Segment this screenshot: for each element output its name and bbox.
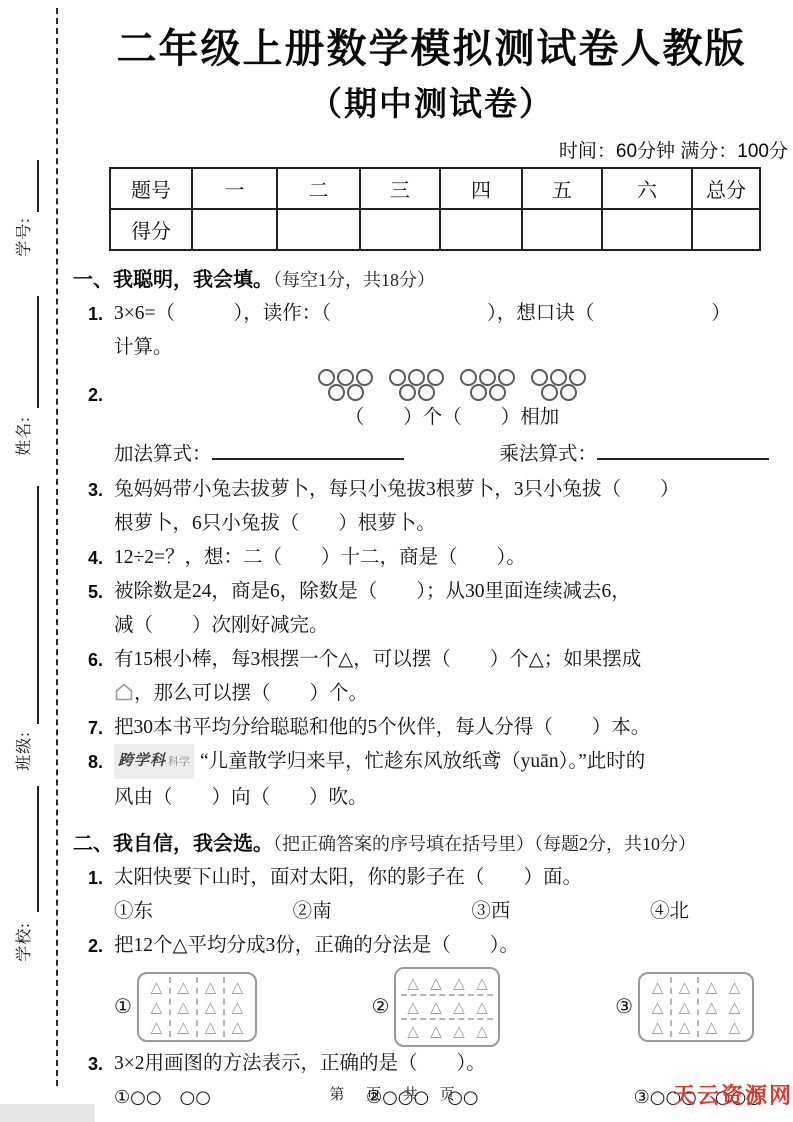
- cross-subject-badge: 跨学科科学: [114, 744, 194, 779]
- section1-title: 一、我聪明，我会填。: [73, 269, 273, 291]
- question-s1-2: 2. （ ）个（ ）相加 加法算式： 乘法算式：: [73, 365, 790, 473]
- option-3: ③西: [471, 895, 510, 929]
- circle-group: [389, 369, 444, 401]
- main-content: 二年级上册数学模拟测试卷人教版 （期中测试卷） 时间：60分钟 满分：100分 …: [73, 14, 790, 1115]
- section1-heading: 一、我聪明，我会填。（每空1分，共18分）: [73, 263, 790, 297]
- question-number: 2.: [88, 365, 114, 425]
- question-text: 把30本书平均分给聪聪和他的5个伙伴，每人分得（ ）本。: [114, 711, 790, 745]
- class-label: 班级:: [11, 716, 31, 786]
- multiplication-label: 乘法算式：: [499, 444, 597, 465]
- question-text: 风由（ ）向（ ）吹。: [114, 781, 790, 815]
- score-blank-cell: [360, 209, 440, 250]
- section2-note: （把正确答案的序号填在括号里）（每题2分，共10分）: [273, 834, 696, 854]
- triangle-shape: △: [700, 1017, 723, 1037]
- page-title: 二年级上册数学模拟测试卷人教版: [73, 24, 790, 74]
- figure-column-group: △△△: [225, 977, 250, 1037]
- circle-group: [460, 369, 515, 401]
- question-text: 减（ ）次刚好减完。: [114, 609, 790, 643]
- question-text-after-shape: ，那么可以摆（ ）个。: [134, 683, 368, 704]
- watermark: 天云资源网: [673, 1079, 793, 1110]
- score-table-header-cell: 二: [277, 168, 360, 209]
- page-subtitle: （期中测试卷）: [73, 82, 790, 126]
- question-text: 太阳快要下山时，面对太阳，你的影子在（ ）面。: [114, 861, 790, 895]
- triangle-shape: △: [172, 1017, 195, 1037]
- question-text: 3×6=（ ），读作：（ ），想口诀（ ）: [114, 297, 790, 331]
- student-id-write-line: [37, 160, 39, 212]
- multiplication-blank-line: [597, 438, 769, 460]
- score-blank-cell: [192, 209, 277, 250]
- triangle-shape: △: [145, 1017, 168, 1037]
- figure-column-group: △△△: [144, 977, 171, 1037]
- pentagon-house-icon: [115, 683, 133, 701]
- question-s1-1: 1. 3×6=（ ），读作：（ ），想口诀（ ） 计算。: [73, 297, 790, 365]
- question-s1-8: 8. 跨学科科学“儿童散学归来早，忙趁东风放纸鸢（yuān）。”此时的 风由（ …: [73, 745, 790, 815]
- badge-sub-text: 科学: [168, 745, 190, 779]
- equation-row: 加法算式： 乘法算式：: [114, 437, 769, 473]
- division-figure-2: ②△△△△△△△△△△△△: [372, 967, 501, 1047]
- scan-artifact: [0, 1104, 95, 1122]
- figure-column-group: △△△: [171, 977, 198, 1037]
- figure-label: ①: [114, 990, 132, 1024]
- student-id-label: 学号:: [11, 202, 31, 272]
- question-text: 跨学科科学“儿童散学归来早，忙趁东风放纸鸢（yuān）。”此时的: [114, 745, 790, 781]
- question-text: ，那么可以摆（ ）个。: [114, 677, 790, 711]
- triangle-shape: △: [673, 1017, 696, 1037]
- question-text: 12÷2=？，想：二（ ）十二，商是（ ）。: [114, 541, 790, 575]
- division-figure-3: ③△△△△△△△△△△△△: [615, 972, 754, 1042]
- figure-box: △△△△△△△△△△△△: [137, 972, 257, 1042]
- count-line: （ ）个（ ）相加: [114, 401, 790, 435]
- figure-column-group: △△△: [672, 977, 699, 1037]
- score-blank-cell: [440, 209, 522, 250]
- figure-box: △△△△△△△△△△△△: [638, 972, 754, 1042]
- question-s2-2: 2. 把12个△平均分成3份，正确的分法是（ ）。 ①△△△△△△△△△△△△②…: [73, 929, 790, 1047]
- badge-main-text: 跨学科: [118, 744, 166, 778]
- figure-box: △△△△△△△△△△△△: [394, 967, 500, 1047]
- triangle-shape: △: [199, 1017, 222, 1037]
- circle-shape: [347, 384, 364, 401]
- score-label-cell: 得分: [110, 209, 192, 250]
- multiplication-equation: 乘法算式：: [499, 437, 769, 473]
- school-label: 学校:: [11, 907, 31, 977]
- score-table: 题号 一 二 三 四 五 六 总分 得分: [109, 167, 761, 251]
- question-s1-4: 4. 12÷2=？，想：二（ ）十二，商是（ ）。: [73, 541, 790, 575]
- division-figure-1: ①△△△△△△△△△△△△: [114, 972, 257, 1042]
- score-table-header-cell: 六: [602, 168, 692, 209]
- score-table-header-row: 题号 一 二 三 四 五 六 总分: [110, 168, 760, 209]
- circle-shape: [541, 384, 558, 401]
- circle-shape: [489, 384, 506, 401]
- question-text: 3×2用画图的方法表示，正确的是（ ）。: [114, 1047, 790, 1081]
- name-label: 姓名:: [11, 401, 31, 471]
- score-table-header-cell: 五: [522, 168, 602, 209]
- triangle-shape: △: [226, 1017, 249, 1037]
- name-write-line: [37, 296, 39, 408]
- score-blank-cell: [692, 209, 760, 250]
- circle-group: [318, 369, 373, 401]
- figure-column-group: △△△△△△: [699, 977, 747, 1037]
- question-s1-5: 5. 被除数是24，商是6，除数是（ ）；从30里面连续减去6， 减（ ）次刚好…: [73, 575, 790, 643]
- addition-equation: 加法算式：: [114, 437, 404, 473]
- circle-shape: [470, 384, 487, 401]
- score-blank-cell: [522, 209, 602, 250]
- question-number: 7.: [88, 711, 114, 745]
- section2-heading: 二、我自信，我会选。（把正确答案的序号填在括号里）（每题2分，共10分）: [73, 827, 790, 861]
- circle-shape: [399, 384, 416, 401]
- circle-groups-figure: [114, 369, 790, 401]
- question-text: 有15根小棒，每3根摆一个△，可以摆（ ）个△；如果摆成: [114, 643, 790, 677]
- score-table-header-cell: 一: [192, 168, 277, 209]
- figure-column-group: △△△: [645, 977, 672, 1037]
- score-table-header-cell: 总分: [692, 168, 760, 209]
- question-text: 把12个△平均分成3份，正确的分法是（ ）。: [114, 929, 790, 963]
- figure-column-group: △△△: [198, 977, 225, 1037]
- binding-cut-line: [56, 8, 58, 1086]
- question-number: 1.: [88, 297, 114, 331]
- exam-paper-page: 学号: 姓名: 班级: 学校: 二年级上册数学模拟测试卷人教版 （期中测试卷） …: [0, 0, 793, 1122]
- triangle-shape: △: [723, 1017, 746, 1037]
- question-number: 8.: [88, 745, 114, 779]
- option-1: ①东: [114, 895, 153, 929]
- question-text-poem: “儿童散学归来早，忙趁东风放纸鸢（yuān）。”此时的: [200, 751, 645, 772]
- question-s2-1: 1. 太阳快要下山时，面对太阳，你的影子在（ ）面。 ①东 ②南 ③西 ④北: [73, 861, 790, 929]
- addition-label: 加法算式：: [114, 444, 212, 465]
- question-text: 计算。: [114, 331, 790, 365]
- figure-label: ③: [615, 990, 633, 1024]
- question-number: 2.: [88, 929, 114, 963]
- time-score-meta: 时间：60分钟 满分：100分: [73, 136, 788, 163]
- option-2: ②南: [293, 895, 332, 929]
- question-number: 3.: [88, 473, 114, 507]
- score-blank-cell: [277, 209, 360, 250]
- circle-shape: [560, 384, 577, 401]
- score-table-header-cell: 四: [440, 168, 522, 209]
- question-s1-6: 6. 有15根小棒，每3根摆一个△，可以摆（ ）个△；如果摆成 ，那么可以摆（ …: [73, 643, 790, 711]
- triangle-shape: △: [646, 1017, 669, 1037]
- question-number: 6.: [88, 643, 114, 677]
- circle-shape: [418, 384, 435, 401]
- score-blank-cell: [602, 209, 692, 250]
- division-figures-row: ①△△△△△△△△△△△△②△△△△△△△△△△△△③△△△△△△△△△△△△: [114, 967, 754, 1047]
- score-table-header-cell: 题号: [110, 168, 192, 209]
- options-row: ①东 ②南 ③西 ④北: [114, 895, 689, 929]
- question-s1-3: 3. 兔妈妈带小兔去拔萝卜，每只小兔拔3根萝卜，3只小兔拔（ ） 根萝卜，6只小…: [73, 473, 790, 541]
- score-table-header-cell: 三: [360, 168, 440, 209]
- figure-row-group: △△△△: [401, 1020, 493, 1042]
- section1-note: （每空1分，共18分）: [273, 270, 435, 290]
- question-number: 5.: [88, 575, 114, 609]
- question-number: 3.: [88, 1047, 114, 1081]
- school-write-line: [37, 786, 39, 912]
- question-text: 被除数是24，商是6，除数是（ ）；从30里面连续减去6，: [114, 575, 790, 609]
- addition-blank-line: [212, 438, 404, 460]
- question-number: 1.: [88, 861, 114, 895]
- question-number: 4.: [88, 541, 114, 575]
- triangle-shape: △: [470, 1021, 493, 1041]
- triangle-shape: △: [401, 1021, 424, 1041]
- circle-group: [531, 369, 586, 401]
- question-text: 根萝卜，6只小兔拔（ ）根萝卜。: [114, 507, 790, 541]
- triangle-shape: △: [447, 1021, 470, 1041]
- class-write-line: [37, 486, 39, 724]
- score-table-score-row: 得分: [110, 209, 760, 250]
- figure-label: ②: [372, 990, 390, 1024]
- circle-shape: [328, 384, 345, 401]
- question-s1-7: 7. 把30本书平均分给聪聪和他的5个伙伴，每人分得（ ）本。: [73, 711, 790, 745]
- option-4: ④北: [650, 895, 689, 929]
- question-text: 兔妈妈带小兔去拔萝卜，每只小兔拔3根萝卜，3只小兔拔（ ）: [114, 473, 790, 507]
- section2-title: 二、我自信，我会选。: [73, 833, 273, 855]
- triangle-shape: △: [424, 1021, 447, 1041]
